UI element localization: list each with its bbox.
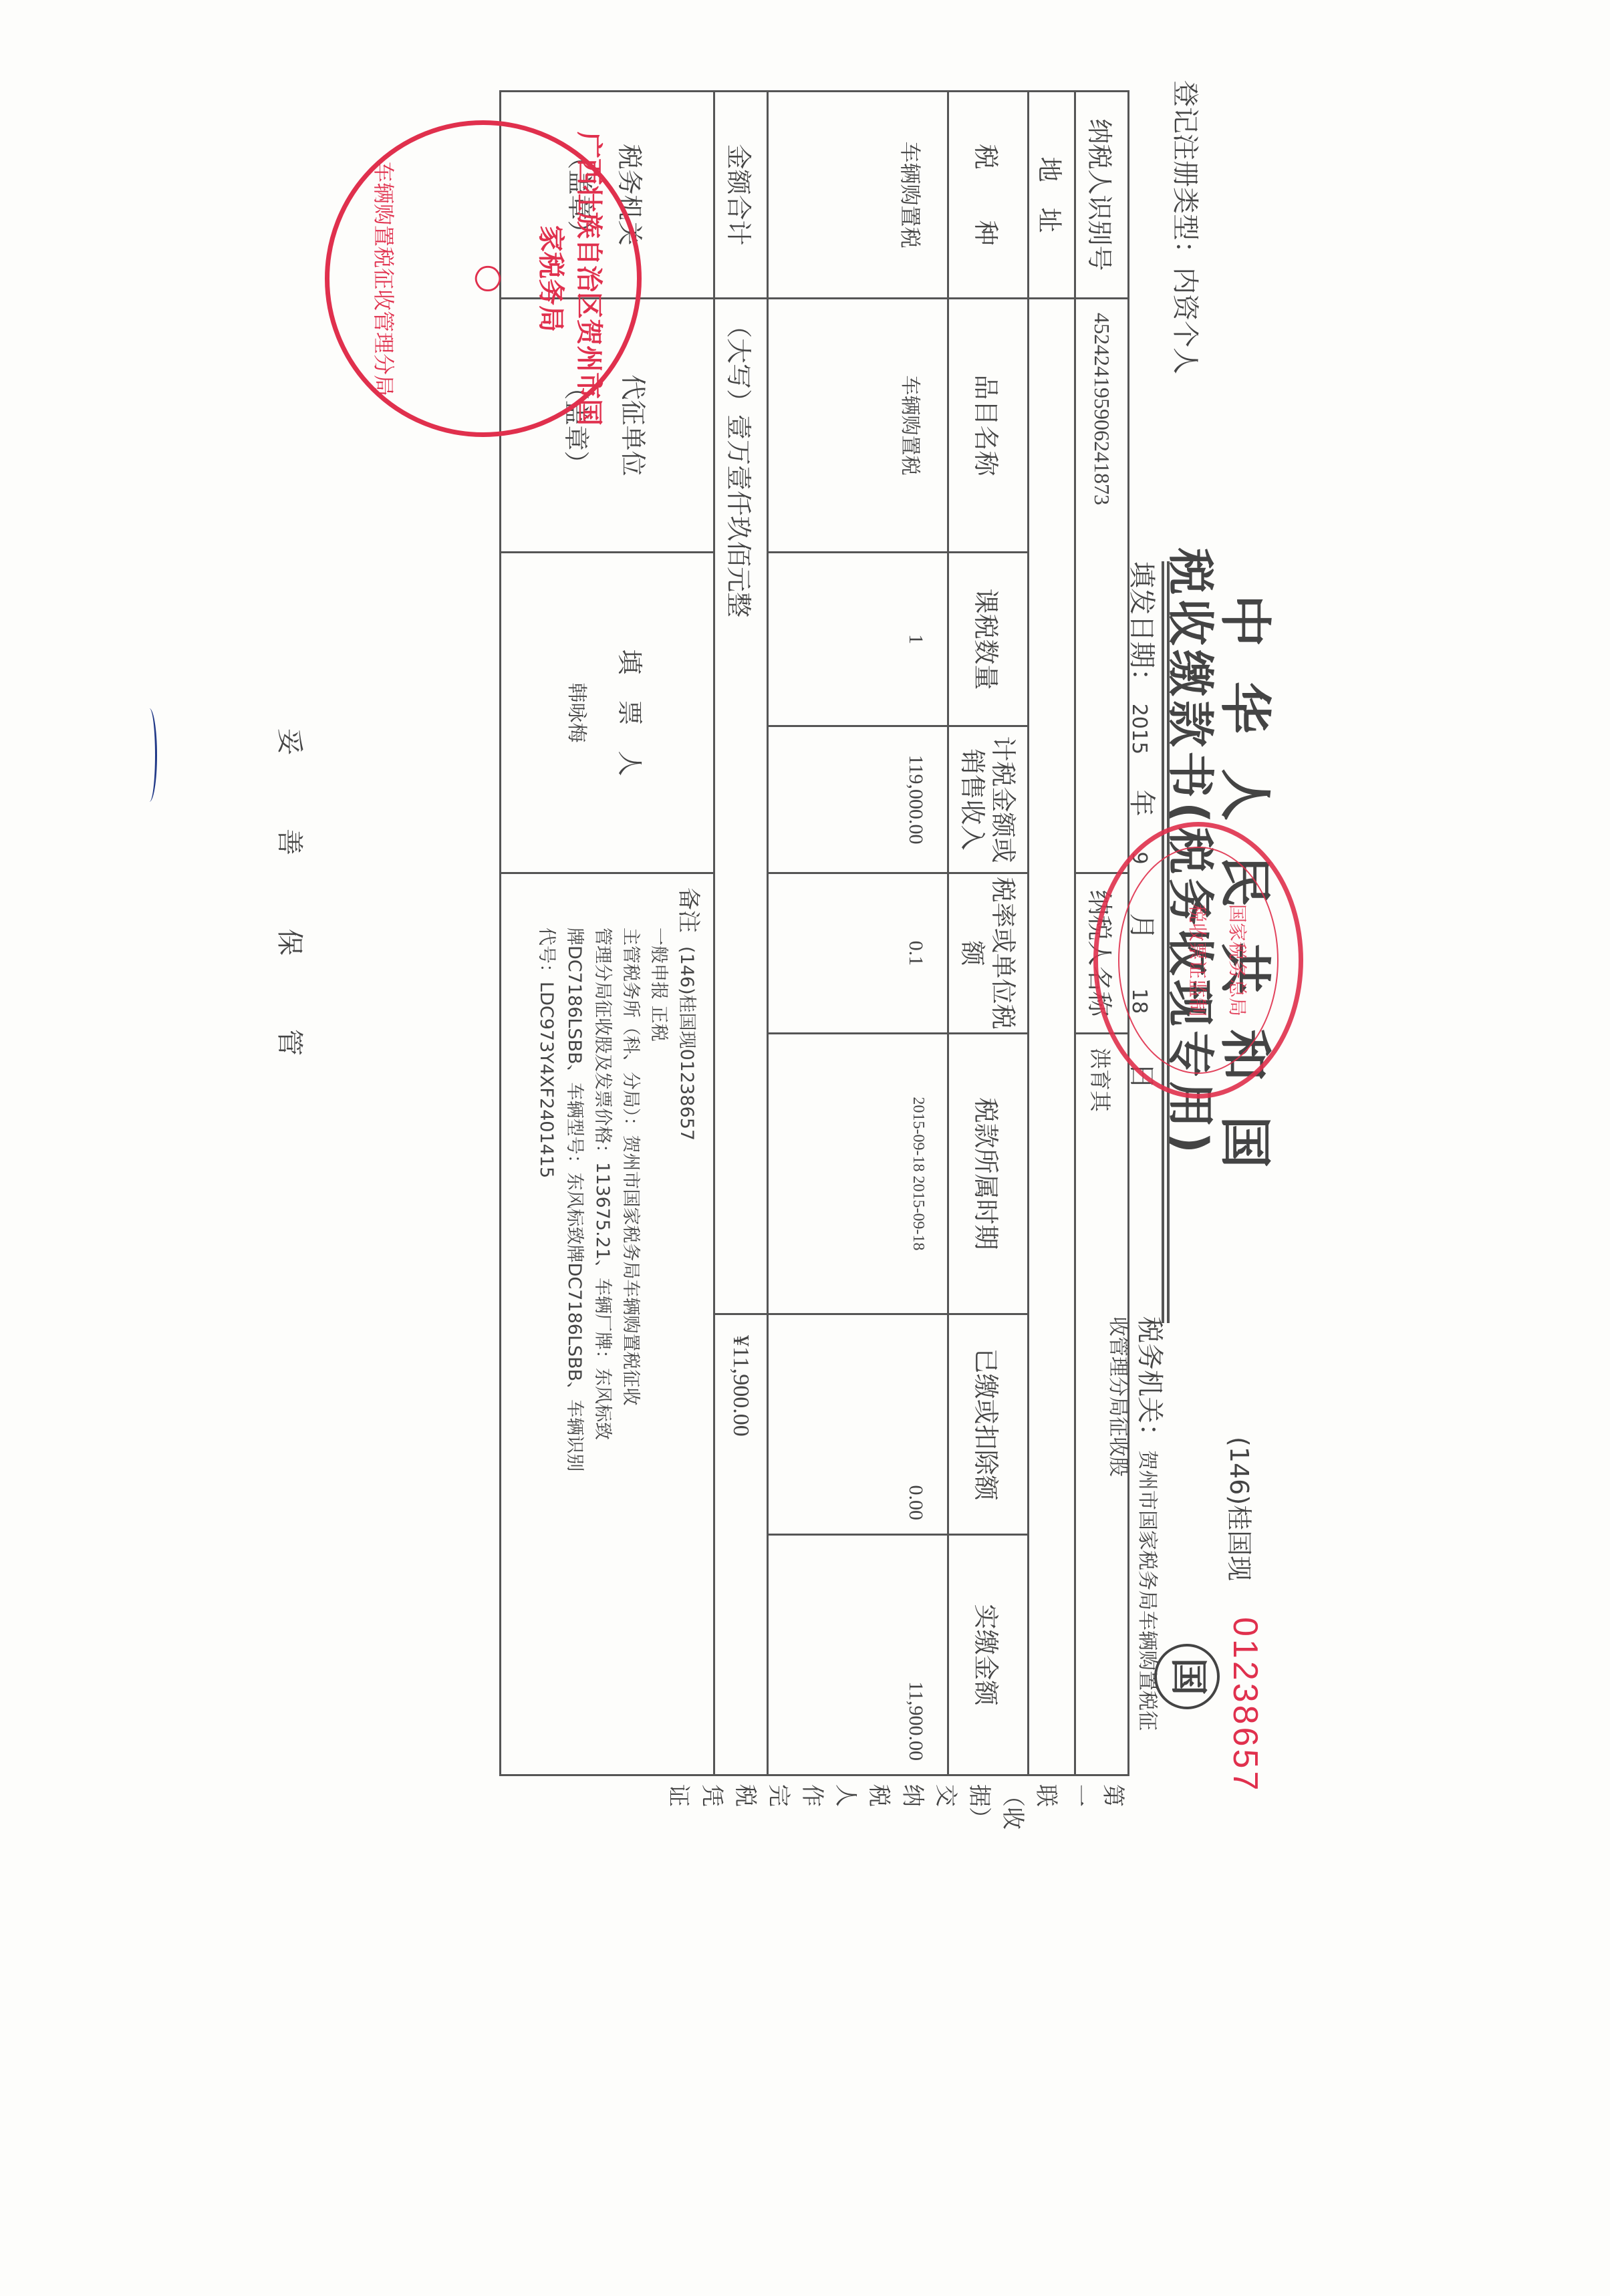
cell-actual-paid: 11,900.00 <box>768 1535 948 1775</box>
remarks: 备注(146)桂国现01238657 一般申报 正税 主管税务所（科、分局）：贺… <box>501 873 714 1775</box>
serial-number: 01238657 <box>1225 1617 1265 1793</box>
cell-rate: 0.1 <box>768 873 948 1034</box>
total-words-value: 壹万壹仟玖佰元整 <box>724 414 753 617</box>
total-amount: ¥11,900.00 <box>714 1314 768 1775</box>
col-deducted: 已缴或扣除额 <box>948 1314 1029 1535</box>
col-period: 税款所属时期 <box>948 1034 1029 1314</box>
pen-mark <box>142 708 157 802</box>
cell-period: 2015-09-18 2015-09-18 <box>768 1034 948 1314</box>
col-item-name: 品目名称 <box>948 299 1029 553</box>
guo-mark-icon: 国 <box>1154 1644 1220 1709</box>
year-unit: 年 <box>1126 790 1157 817</box>
remarks-line: (146)桂国现01238657 <box>676 946 697 1141</box>
remarks-label: 备注 <box>675 887 702 933</box>
registration-type-label: 登记注册类型： <box>1170 80 1200 267</box>
month-unit: 月 <box>1126 913 1157 940</box>
title-underline <box>1167 561 1170 1323</box>
tax-authority-signature: 税务机关 （盖章） <box>501 92 714 299</box>
agent-unit-label: 代征单位 <box>618 299 654 551</box>
preparer-signature: 填 票 人 韩咏梅 <box>501 553 714 873</box>
day-unit: 日 <box>1126 1062 1157 1089</box>
serial-prefix: (146)桂国现 <box>1223 1437 1260 1581</box>
total-row: 金额合计 （大写）壹万壹仟玖佰元整 ¥11,900.00 <box>714 92 768 1775</box>
issue-date-label: 填发日期： <box>1126 561 1157 695</box>
taxpayer-id-label: 纳税人识别号 <box>1075 92 1129 299</box>
tax-table: 纳税人识别号 452424195906241873 纳税人名称 洪育其 地 址 … <box>499 90 1129 1776</box>
col-actual-paid: 实缴金额 <box>948 1535 1029 1775</box>
cell-deducted: 0.00 <box>768 1314 948 1535</box>
stamp-bottom-text: 车辆购置税征收管理分局 <box>370 125 400 432</box>
issue-day: 18 <box>1127 988 1151 1014</box>
remarks-line: 管理分局征收股及发票价格：113675.21、车辆厂牌：东风标致 <box>588 887 616 1774</box>
issue-date: 填发日期： 2015 年 9 月 18 日 <box>1125 561 1163 1129</box>
footer-keep-safe: 妥善保管 <box>273 728 311 1129</box>
registration-type-value: 内资个人 <box>1170 267 1200 374</box>
issue-month: 9 <box>1127 852 1151 865</box>
tax-authority-label: 税务机关 <box>614 92 651 297</box>
tax-office-label: 税务机关： <box>1134 1316 1165 1450</box>
column-header-row: 税 种 品目名称 课税数量 计税金额或销售收入 税率或单位税额 税款所属时期 已… <box>948 92 1029 1775</box>
copy-note: 第一联（收据）交纳税人作完税凭证 <box>662 1784 1129 1818</box>
cell-quantity: 1 <box>768 553 948 726</box>
col-taxable-amount: 计税金额或销售收入 <box>948 726 1029 873</box>
preparer-label: 填 票 人 <box>614 553 650 872</box>
agent-unit-seal: （盖章） <box>561 299 597 551</box>
signature-row: 税务机关 （盖章） 代征单位 （盖章） 填 票 人 韩咏梅 备注(146)桂国现… <box>501 92 714 1775</box>
table-row: 车辆购置税 车辆购置税 1 119,000.00 0.1 2015-09-18 … <box>768 92 948 1775</box>
taxpayer-id-value: 452424195906241873 <box>1075 299 1129 873</box>
agent-unit-signature: 代征单位 （盖章） <box>501 299 714 553</box>
issue-year: 2015 <box>1127 704 1151 754</box>
remarks-line: 代号：LDC973Y4XF2401415 <box>532 887 560 1774</box>
remarks-line: 主管税务所（科、分局）：贺州市国家税务局车辆购置税征收 <box>616 887 644 1774</box>
col-rate: 税率或单位税额 <box>948 873 1029 1034</box>
registration-type: 登记注册类型：内资个人 <box>1168 80 1206 374</box>
address-label: 地 址 <box>1029 92 1075 299</box>
total-words: （大写）壹万壹仟玖佰元整 <box>714 299 768 1314</box>
taxpayer-name-label: 纳税人名称 <box>1075 873 1129 1034</box>
cell-taxable-amount: 119,000.00 <box>768 726 948 873</box>
total-words-label: （大写） <box>724 313 753 414</box>
tax-authority-seal: （盖章） <box>564 92 601 297</box>
taxpayer-name-value: 洪育其 <box>1075 1034 1129 1775</box>
col-tax-type: 税 种 <box>948 92 1029 299</box>
cell-tax-type: 车辆购置税 <box>768 92 948 299</box>
remarks-line: 牌DC7186LSBB、车辆型号：东风标致牌DC7186LSBB、车辆识别 <box>560 887 588 1774</box>
cell-item-name: 车辆购置税 <box>768 299 948 553</box>
tax-payment-receipt: 中华人民共和国 税收缴款书(税务收现专用) (146)桂国现 01238657 … <box>224 40 1307 1858</box>
address-value <box>1029 299 1075 1775</box>
title-document: 税收缴款书(税务收现专用) <box>1160 548 1228 1157</box>
remarks-line: 一般申报 正税 <box>644 887 672 1774</box>
preparer-name: 韩咏梅 <box>564 553 593 872</box>
col-quantity: 课税数量 <box>948 553 1029 726</box>
total-label: 金额合计 <box>714 92 768 299</box>
